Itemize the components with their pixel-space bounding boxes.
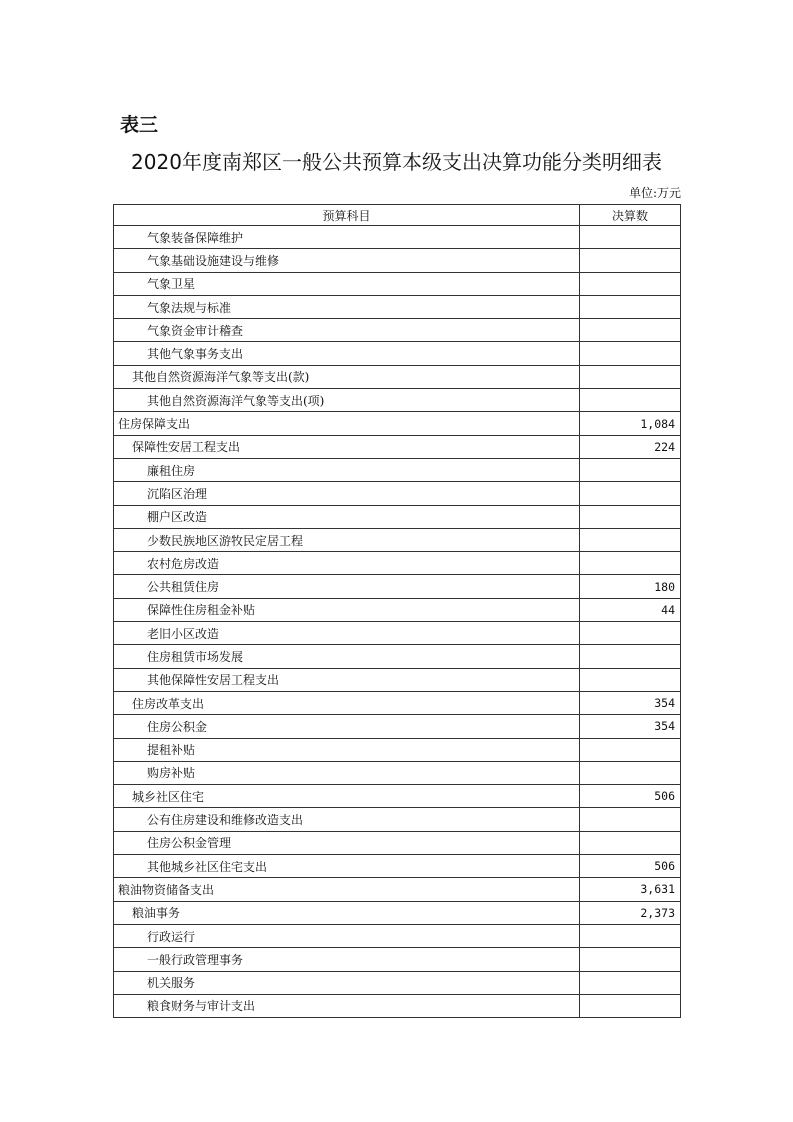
- row-amount: 44: [580, 598, 681, 621]
- table-row: 其他城乡社区住宅支出506: [114, 855, 681, 878]
- row-amount: [580, 365, 681, 388]
- table-row: 提租补贴: [114, 738, 681, 761]
- row-subject: 购房补贴: [114, 761, 580, 784]
- row-subject: 其他保障性安居工程支出: [114, 668, 580, 691]
- row-amount: [580, 831, 681, 854]
- row-amount: [580, 808, 681, 831]
- document-title: 2020年度南郑区一般公共预算本级支出决算功能分类明细表: [0, 146, 793, 175]
- row-subject: 粮食财务与审计支出: [114, 994, 580, 1017]
- row-subject: 住房改革支出: [114, 691, 580, 714]
- table-row: 少数民族地区游牧民定居工程: [114, 528, 681, 551]
- row-amount: [580, 761, 681, 784]
- row-amount: [580, 948, 681, 971]
- row-subject: 气象卫星: [114, 272, 580, 295]
- row-amount: [580, 622, 681, 645]
- table-row: 公共租赁住房180: [114, 575, 681, 598]
- row-subject: 住房保障支出: [114, 412, 580, 435]
- table-row: 城乡社区住宅506: [114, 785, 681, 808]
- table-row: 廉租住房: [114, 458, 681, 481]
- row-subject: 保障性安居工程支出: [114, 435, 580, 458]
- table-row: 其他气象事务支出: [114, 342, 681, 365]
- row-amount: [580, 505, 681, 528]
- row-amount: 506: [580, 855, 681, 878]
- table-row: 棚户区改造: [114, 505, 681, 528]
- row-amount: 3,631: [580, 878, 681, 901]
- table-label: 表三: [120, 110, 158, 137]
- table-row: 保障性住房租金补贴44: [114, 598, 681, 621]
- row-subject: 气象资金审计稽查: [114, 319, 580, 342]
- table-row: 粮食财务与审计支出: [114, 994, 681, 1017]
- table-row: 粮油物资储备支出3,631: [114, 878, 681, 901]
- row-subject: 其他自然资源海洋气象等支出(项): [114, 389, 580, 412]
- table-row: 机关服务: [114, 971, 681, 994]
- table-row: 农村危房改造: [114, 552, 681, 575]
- row-amount: [580, 389, 681, 412]
- table-row: 住房公积金354: [114, 715, 681, 738]
- row-subject: 保障性住房租金补贴: [114, 598, 580, 621]
- row-subject: 粮油事务: [114, 901, 580, 924]
- table-row: 公有住房建设和维修改造支出: [114, 808, 681, 831]
- table-row: 气象装备保障维护: [114, 226, 681, 249]
- table-row: 气象资金审计稽查: [114, 319, 681, 342]
- row-amount: [580, 971, 681, 994]
- row-amount: 354: [580, 691, 681, 714]
- table-row: 气象法规与标准: [114, 295, 681, 318]
- row-subject: 农村危房改造: [114, 552, 580, 575]
- row-subject: 其他城乡社区住宅支出: [114, 855, 580, 878]
- row-subject: 提租补贴: [114, 738, 580, 761]
- table-row: 粮油事务2,373: [114, 901, 681, 924]
- row-subject: 粮油物资储备支出: [114, 878, 580, 901]
- row-subject: 老旧小区改造: [114, 622, 580, 645]
- row-amount: [580, 668, 681, 691]
- table-body: 气象装备保障维护气象基础设施建设与维修气象卫星气象法规与标准气象资金审计稽查其他…: [114, 226, 681, 1018]
- row-amount: 224: [580, 435, 681, 458]
- row-amount: [580, 645, 681, 668]
- table-row: 气象卫星: [114, 272, 681, 295]
- row-subject: 行政运行: [114, 924, 580, 947]
- table-row: 其他保障性安居工程支出: [114, 668, 681, 691]
- table-row: 行政运行: [114, 924, 681, 947]
- row-amount: [580, 482, 681, 505]
- table-row: 住房保障支出1,084: [114, 412, 681, 435]
- table-row: 一般行政管理事务: [114, 948, 681, 971]
- row-amount: 506: [580, 785, 681, 808]
- row-subject: 公有住房建设和维修改造支出: [114, 808, 580, 831]
- row-subject: 气象装备保障维护: [114, 226, 580, 249]
- row-subject: 棚户区改造: [114, 505, 580, 528]
- row-amount: 354: [580, 715, 681, 738]
- row-amount: [580, 295, 681, 318]
- table-row: 其他自然资源海洋气象等支出(项): [114, 389, 681, 412]
- table-row: 其他自然资源海洋气象等支出(款): [114, 365, 681, 388]
- table-row: 老旧小区改造: [114, 622, 681, 645]
- row-amount: [580, 738, 681, 761]
- row-amount: [580, 994, 681, 1017]
- row-subject: 其他自然资源海洋气象等支出(款): [114, 365, 580, 388]
- row-subject: 住房公积金: [114, 715, 580, 738]
- row-subject: 城乡社区住宅: [114, 785, 580, 808]
- budget-table: 预算科目 决算数 气象装备保障维护气象基础设施建设与维修气象卫星气象法规与标准气…: [113, 204, 681, 1018]
- row-amount: [580, 342, 681, 365]
- row-amount: [580, 249, 681, 272]
- row-subject: 廉租住房: [114, 458, 580, 481]
- row-amount: [580, 924, 681, 947]
- row-subject: 沉陷区治理: [114, 482, 580, 505]
- row-amount: [580, 226, 681, 249]
- table-row: 沉陷区治理: [114, 482, 681, 505]
- row-subject: 少数民族地区游牧民定居工程: [114, 528, 580, 551]
- row-subject: 一般行政管理事务: [114, 948, 580, 971]
- row-amount: 1,084: [580, 412, 681, 435]
- row-subject: 机关服务: [114, 971, 580, 994]
- row-amount: [580, 528, 681, 551]
- unit-label: 单位:万元: [629, 184, 681, 201]
- table-row: 住房公积金管理: [114, 831, 681, 854]
- row-amount: [580, 272, 681, 295]
- row-subject: 其他气象事务支出: [114, 342, 580, 365]
- row-subject: 公共租赁住房: [114, 575, 580, 598]
- row-amount: [580, 319, 681, 342]
- row-subject: 气象法规与标准: [114, 295, 580, 318]
- row-amount: 2,373: [580, 901, 681, 924]
- table-row: 气象基础设施建设与维修: [114, 249, 681, 272]
- table-header-row: 预算科目 决算数: [114, 205, 681, 226]
- header-final-amount: 决算数: [580, 205, 681, 226]
- row-subject: 住房公积金管理: [114, 831, 580, 854]
- row-subject: 住房租赁市场发展: [114, 645, 580, 668]
- table-row: 购房补贴: [114, 761, 681, 784]
- row-subject: 气象基础设施建设与维修: [114, 249, 580, 272]
- table-row: 住房租赁市场发展: [114, 645, 681, 668]
- table-row: 保障性安居工程支出224: [114, 435, 681, 458]
- header-budget-subject: 预算科目: [114, 205, 580, 226]
- row-amount: 180: [580, 575, 681, 598]
- row-amount: [580, 458, 681, 481]
- row-amount: [580, 552, 681, 575]
- table-row: 住房改革支出354: [114, 691, 681, 714]
